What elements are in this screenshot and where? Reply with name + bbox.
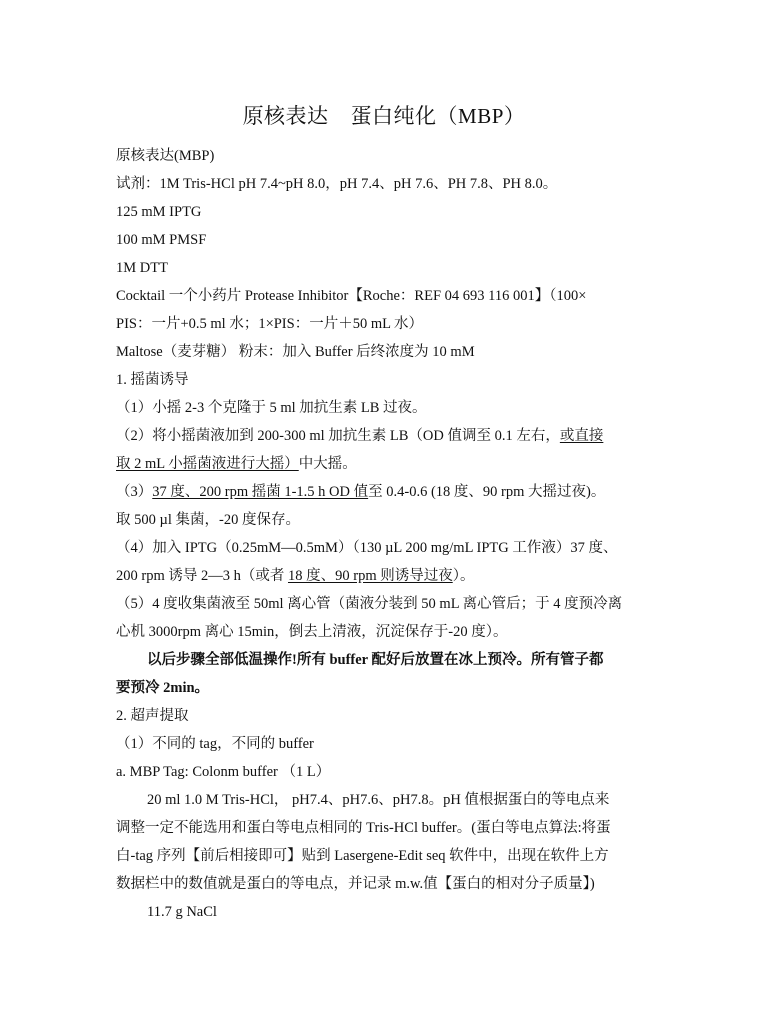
- document-page: 原核表达蛋白纯化（MBP） 原核表达(MBP) 试剂：1M Tris-HCl p…: [0, 0, 768, 1024]
- step2-line1: （2）将小摇菌液加到 200-300 ml 加抗生素 LB（OD 值调至 0.1…: [116, 426, 603, 446]
- step4-line1: （4）加入 IPTG（0.25mM—0.5mM）（130 µL 200 mg/m…: [116, 538, 618, 558]
- step4-text-b: 200 rpm 诱导 2—3 h（或者: [116, 568, 288, 584]
- warning-line2: 要预冷 2min。: [116, 678, 209, 698]
- reagent-pis: PIS：一片+0.5 ml 水；1×PIS：一片＋50 mL 水）: [116, 314, 423, 334]
- step2-text-d: 中大摇。: [299, 456, 357, 472]
- page-title: 原核表达蛋白纯化（MBP）: [0, 100, 768, 130]
- buffer-para-line4: 数据栏中的数值就是蛋白的等电点，并记录 m.w.值【蛋白的相对分子质量】): [116, 874, 595, 894]
- step3-line1: （3）37 度、200 rpm 摇菌 1-1.5 h OD 值至 0.4-0.6…: [116, 482, 605, 502]
- buffer-para-line1: 20 ml 1.0 M Tris-HCl， pH7.4、pH7.6、pH7.8。…: [147, 790, 609, 810]
- title-part2: 蛋白纯化（MBP）: [351, 104, 526, 128]
- step2-underlined-c: 取 2 mL 小摇菌液进行大摇）: [116, 456, 299, 472]
- step3-underlined-b: 37 度、200 rpm 摇菌 1-1.5 h OD 值: [152, 484, 368, 500]
- step2-text-a: （2）将小摇菌液加到 200-300 ml 加抗生素 LB（OD 值调至 0.1…: [116, 428, 560, 444]
- warning-line1: 以后步骤全部低温操作!所有 buffer 配好后放置在冰上预冷。所有管子都: [147, 650, 603, 670]
- title-part1: 原核表达: [243, 104, 329, 128]
- step4-text-d: ）。: [453, 568, 475, 584]
- reagent-maltose: Maltose（麦芽糖） 粉末：加入 Buffer 后终浓度为 10 mM: [116, 342, 475, 362]
- step3-line2: 取 500 µl 集菌，-20 度保存。: [116, 510, 300, 530]
- section2-sub1: （1）不同的 tag，不同的 buffer: [116, 734, 314, 754]
- section2-heading: 2. 超声提取: [116, 706, 189, 726]
- buffer-nacl-line: 11.7 g NaCl: [147, 902, 217, 922]
- reagent-iptg: 125 mM IPTG: [116, 202, 201, 222]
- step3-text-c: 至 0.4-0.6 (18 度、90 rpm 大摇过夜)。: [368, 484, 605, 500]
- reagent-pmsf: 100 mM PMSF: [116, 230, 206, 250]
- step1-line: （1）小摇 2-3 个克隆于 5 ml 加抗生素 LB 过夜。: [116, 398, 427, 418]
- step4-underlined-c: 18 度、90 rpm 则诱导过夜: [288, 568, 453, 584]
- step3-text-a: （3）: [116, 484, 152, 500]
- section2-sub-a: a. MBP Tag: Colonm buffer （1 L）: [116, 762, 330, 782]
- reagent-dtt: 1M DTT: [116, 258, 168, 278]
- step5-line1: （5）4 度收集菌液至 50ml 离心管（菌液分装到 50 mL 离心管后；于 …: [116, 594, 622, 614]
- step4-line2: 200 rpm 诱导 2—3 h（或者 18 度、90 rpm 则诱导过夜）。: [116, 566, 474, 586]
- section1-heading: 1. 摇菌诱导: [116, 370, 189, 390]
- step2-line2: 取 2 mL 小摇菌液进行大摇）中大摇。: [116, 454, 357, 474]
- step2-underlined-b: 或直接: [560, 428, 604, 444]
- reagent-line: 试剂：1M Tris-HCl pH 7.4~pH 8.0，pH 7.4、pH 7…: [116, 174, 557, 194]
- buffer-para-line3: 白-tag 序列【前后相接即可】贴到 Lasergene-Edit seq 软件…: [116, 846, 609, 866]
- subtitle-line: 原核表达(MBP): [116, 146, 214, 166]
- reagent-cocktail: Cocktail 一个小药片 Protease Inhibitor【Roche：…: [116, 286, 586, 306]
- buffer-para-line2: 调整一定不能选用和蛋白等电点相同的 Tris-HCl buffer。(蛋白等电点…: [116, 818, 611, 838]
- step5-line2: 心机 3000rpm 离心 15min，倒去上清液，沉淀保存于-20 度）。: [116, 622, 508, 642]
